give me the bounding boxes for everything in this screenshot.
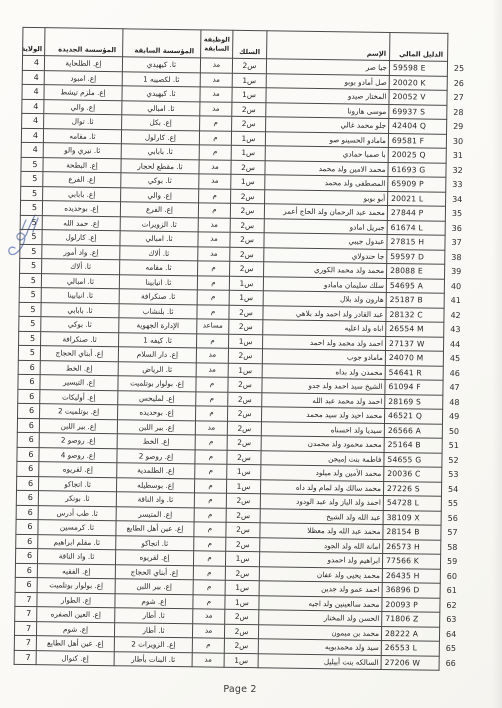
row-number: 29 xyxy=(447,119,474,134)
cell-wilaya: 5 xyxy=(20,215,42,230)
cell-new-school: إع. عين أهل الطايع xyxy=(36,636,114,652)
cell-wilaya: 6 xyxy=(18,389,40,404)
cell-previous-job: م xyxy=(197,275,229,290)
cell-wilaya: 6 xyxy=(17,418,39,433)
cell-financial-id: 28132 C xyxy=(386,307,444,322)
cell-previous-job: م xyxy=(193,565,225,580)
cell-wilaya: 5 xyxy=(19,273,41,288)
cell-new-school: إع. البطحة xyxy=(43,157,121,173)
cell-new-school: إع. التيسير xyxy=(40,375,118,391)
cell-financial-id: 27226 S xyxy=(383,481,441,496)
cell-new-school: ثا. اتجاكو xyxy=(39,476,117,492)
cell-previous-school: إع. بولوار بوتلميت xyxy=(118,376,196,392)
row-number: 64 xyxy=(439,627,466,642)
previous-job-header-line2: السابقة xyxy=(203,44,230,53)
cell-corps: س1 xyxy=(232,73,266,88)
previous-job-header: الوظيفة السابقة xyxy=(201,30,233,58)
cell-corps: س2 xyxy=(229,305,263,320)
table-region: الدليل المالي الإسم السلك الوظيفة السابق… xyxy=(14,27,475,671)
cell-wilaya: 6 xyxy=(18,360,40,375)
row-number: 62 xyxy=(440,598,467,613)
cell-new-school: إع. امبود xyxy=(44,70,122,86)
cell-previous-job: م xyxy=(194,507,226,522)
cell-financial-id: 71806 Z xyxy=(382,611,440,626)
cell-wilaya: 6 xyxy=(15,577,37,592)
row-number: 60 xyxy=(440,569,467,584)
cell-financial-id: 38109 X xyxy=(383,510,441,525)
cell-previous-school: ثا. بلنشاب xyxy=(119,303,197,319)
cell-name: محمد عبد الرحمان ولد الحاج أعمر xyxy=(264,204,387,220)
cell-corps: س1 xyxy=(225,580,259,595)
cell-corps: س2 xyxy=(232,116,266,131)
cell-new-school: إع. الفرع xyxy=(43,172,121,188)
row-number: 56 xyxy=(441,511,468,526)
cell-wilaya: 6 xyxy=(18,403,40,418)
name-header: الإسم xyxy=(267,31,390,61)
cell-financial-id: 69937 S xyxy=(389,104,447,119)
page-number-footer: Page 2 xyxy=(0,684,480,695)
row-number: 36 xyxy=(445,221,472,236)
cell-previous-job: م xyxy=(197,304,229,319)
cell-financial-id: 27206 W xyxy=(381,655,439,670)
cell-previous-school: إع. أبناي الحجاج xyxy=(115,564,193,580)
cell-previous-job: مد xyxy=(192,652,224,667)
cell-financial-id: 28088 E xyxy=(387,263,445,278)
cell-previous-job: م xyxy=(197,290,229,305)
cell-previous-school: ثا. أطار xyxy=(115,608,193,624)
cell-previous-school: إع. بير اللبن xyxy=(117,419,195,435)
corps-header: السلك xyxy=(233,30,267,58)
cell-corps: س1 xyxy=(225,551,259,566)
cell-previous-school: إع. لمليحس xyxy=(118,390,196,406)
cell-wilaya: 6 xyxy=(17,447,39,462)
row-number: 39 xyxy=(444,264,471,279)
cell-previous-school: ثا. لكصيبه 1 xyxy=(122,71,200,87)
cell-previous-school: إع. بكل xyxy=(122,115,200,131)
cell-new-school: إع. واد أمور xyxy=(42,244,120,260)
cell-wilaya: 4 xyxy=(21,142,43,157)
cell-previous-job: م xyxy=(199,145,231,160)
cell-previous-school: إع. لقريوه xyxy=(115,550,193,566)
cell-wilaya: 5 xyxy=(19,287,41,302)
row-number: 34 xyxy=(446,192,473,207)
cell-previous-job: م xyxy=(192,638,224,653)
cell-wilaya: 5 xyxy=(18,345,40,360)
row-number: 65 xyxy=(439,641,466,656)
cell-corps: س2 xyxy=(224,624,258,639)
cell-new-school: ثا. مقلم ابراهيم xyxy=(38,534,116,550)
cell-previous-job: م xyxy=(193,594,225,609)
row-number: 26 xyxy=(447,76,474,91)
cell-new-school: إع. روصو 4 xyxy=(39,447,117,463)
cell-financial-id: 20025 Q xyxy=(388,147,446,162)
row-number: 30 xyxy=(446,134,473,149)
cell-financial-id: 54695 A xyxy=(386,278,444,293)
cell-previous-job: مد xyxy=(200,72,232,87)
cell-previous-job: م xyxy=(197,333,229,348)
cell-previous-job: م xyxy=(196,377,228,392)
cell-new-school: إع. بوتلميت 2 xyxy=(40,404,118,420)
cell-previous-school: ثا. أطار xyxy=(114,622,192,638)
cell-financial-id: 59598 E xyxy=(389,61,447,76)
cell-previous-school: إع. كارلول xyxy=(121,129,199,145)
cell-new-school: إع. بير اللبن xyxy=(39,418,117,434)
cell-new-school: ثا. بوكي xyxy=(41,317,119,333)
cell-previous-school: ثا. انيابينا xyxy=(119,274,197,290)
cell-previous-school: ثا. كيهيدي xyxy=(122,86,200,102)
cell-corps: س2 xyxy=(228,348,262,363)
row-number: 32 xyxy=(446,163,473,178)
cell-wilaya: 6 xyxy=(18,374,40,389)
row-number: 41 xyxy=(444,293,471,308)
cell-financial-id: 28222 A xyxy=(381,626,439,641)
cell-previous-job: م xyxy=(195,435,227,450)
cell-new-school: ثا. كرمسين xyxy=(38,520,116,536)
row-number: 48 xyxy=(443,395,470,410)
cell-financial-id: 25187 B xyxy=(386,292,444,307)
cell-new-school: ثا. بونكر xyxy=(38,491,116,507)
cell-previous-school: إع. الزويرات 2 xyxy=(114,637,192,653)
row-number: 53 xyxy=(442,467,469,482)
cell-new-school: ثا. صنكرافة xyxy=(41,331,119,347)
row-number: 52 xyxy=(442,453,469,468)
cell-wilaya: 5 xyxy=(21,186,43,201)
cell-corps: س2 xyxy=(232,102,266,117)
cell-new-school: إع. ملزم تيشط xyxy=(44,85,122,101)
row-number: 55 xyxy=(441,496,468,511)
cell-new-school: إع. والي xyxy=(44,99,122,115)
cell-wilaya: 5 xyxy=(19,331,41,346)
cell-wilaya: 6 xyxy=(16,519,38,534)
scanned-page: الدليل المالي الإسم السلك الوظيفة السابق… xyxy=(0,0,502,708)
cell-corps: س2 xyxy=(225,566,259,581)
cell-previous-job: م xyxy=(198,261,230,276)
cell-previous-school: ثا. الزويرات xyxy=(120,216,198,232)
cell-new-school: إع. الفقيه xyxy=(37,563,115,579)
cell-previous-job: مد xyxy=(196,348,228,363)
cell-new-school: إع. العين الصفره xyxy=(37,607,115,623)
cell-corps: س1 xyxy=(229,290,263,305)
cell-corps: س2 xyxy=(232,58,266,73)
cell-financial-id: 59597 D xyxy=(387,249,445,264)
cell-previous-school: ثا. واد الناقة xyxy=(116,492,194,508)
cell-wilaya: 5 xyxy=(20,258,42,273)
cell-previous-school: إع. الخط xyxy=(117,434,195,450)
cell-previous-job: م xyxy=(200,116,232,131)
cell-wilaya: 5 xyxy=(20,200,42,215)
cell-corps: س2 xyxy=(228,377,262,392)
cell-name: السالكه بنت أبيليل xyxy=(258,653,381,669)
row-number: 42 xyxy=(444,308,471,323)
cell-wilaya: 6 xyxy=(15,548,37,563)
cell-new-school: إع. شوم xyxy=(36,621,114,637)
scan-edge-shade xyxy=(492,0,502,708)
cell-financial-id: 20036 C xyxy=(384,466,442,481)
row-number: 57 xyxy=(441,525,468,540)
row-number: 63 xyxy=(440,612,467,627)
cell-wilaya: 5 xyxy=(19,302,41,317)
row-number: 25 xyxy=(447,61,474,76)
cell-wilaya: 6 xyxy=(16,505,38,520)
cell-new-school: ثا. واد الناقة xyxy=(37,549,115,565)
cell-financial-id: 27815 H xyxy=(387,234,445,249)
cell-wilaya: 4 xyxy=(22,84,44,99)
cell-financial-id: 28154 B xyxy=(383,524,441,539)
cell-new-school: ثا. مقامه xyxy=(43,128,121,144)
cell-previous-job: مد xyxy=(199,159,231,174)
row-number: 54 xyxy=(441,482,468,497)
cell-corps: س1 xyxy=(227,464,261,479)
cell-financial-id: 61674 L xyxy=(387,220,445,235)
cell-new-school: ثا. توال xyxy=(44,114,122,130)
cell-previous-job: م xyxy=(195,464,227,479)
cell-new-school: إع. لقريوه xyxy=(39,462,117,478)
cell-corps: س2 xyxy=(226,537,260,552)
row-number: 51 xyxy=(442,438,469,453)
cell-previous-school: ثا. ألاك xyxy=(120,245,198,261)
cell-corps: س1 xyxy=(231,131,265,146)
cell-financial-id: 26554 M xyxy=(386,321,444,336)
cell-previous-job: مد xyxy=(196,362,228,377)
cell-wilaya: 5 xyxy=(19,316,41,331)
cell-new-school: ثا. انيابينا xyxy=(41,288,119,304)
cell-previous-job: مد xyxy=(195,420,227,435)
cell-previous-job: مد xyxy=(200,101,232,116)
cell-financial-id: 36896 D xyxy=(382,582,440,597)
cell-previous-job: مد xyxy=(192,623,224,638)
cell-corps: س2 xyxy=(227,435,261,450)
cell-wilaya: 4 xyxy=(22,55,44,70)
cell-financial-id: 61693 G xyxy=(388,162,446,177)
cell-previous-school: إع. والي xyxy=(121,187,199,203)
cell-new-school: إع. كنوال xyxy=(36,650,114,666)
row-number: 44 xyxy=(443,337,470,352)
transfer-table-body: 2559598 Eجيا صرس2مدثا. كيهيديإع. الطلحاي… xyxy=(14,55,474,670)
cell-corps: س1 xyxy=(224,653,258,668)
cell-previous-school: ثا. صنكرافة xyxy=(119,289,197,305)
cell-previous-school: ثا. الرياض xyxy=(118,361,196,377)
row-number: 46 xyxy=(443,366,470,381)
cell-previous-school: ثا. كيفه 1 xyxy=(119,332,197,348)
cell-new-school: إع. روصو 2 xyxy=(39,433,117,449)
cell-previous-school: ثا. اتجاكو xyxy=(116,535,194,551)
cell-new-school: ثا. بابابي xyxy=(41,302,119,318)
cell-previous-job: م xyxy=(199,188,231,203)
cell-previous-school: ثا. امبالي xyxy=(122,100,200,116)
cell-previous-school: إع. بوحديده xyxy=(118,405,196,421)
cell-new-school: ثا. طب أدرس xyxy=(38,505,116,521)
cell-wilaya: 4 xyxy=(22,99,44,114)
row-number: 28 xyxy=(447,105,474,120)
cell-previous-job: م xyxy=(196,391,228,406)
cell-corps: س1 xyxy=(228,363,262,378)
row-number: 50 xyxy=(442,424,469,439)
cell-wilaya: 6 xyxy=(17,432,39,447)
cell-previous-school: إع. بوسطيله xyxy=(116,477,194,493)
cell-previous-job: م xyxy=(194,536,226,551)
cell-new-school: ثا. نيري والو xyxy=(43,143,121,159)
row-number: 33 xyxy=(446,177,473,192)
cell-previous-job: م xyxy=(193,580,225,595)
cell-wilaya: 7 xyxy=(14,621,36,636)
cell-financial-id: 20052 V xyxy=(389,90,447,105)
cell-previous-school: إع. الفرع xyxy=(120,202,198,218)
cell-corps: س2 xyxy=(226,522,260,537)
cell-new-school: إع. أوليكات xyxy=(40,389,118,405)
cell-wilaya: 5 xyxy=(20,244,42,259)
cell-new-school: إع. كارلول xyxy=(42,230,120,246)
cell-financial-id: 42404 Q xyxy=(389,118,447,133)
cell-previous-school: إع. المتيسر xyxy=(116,506,194,522)
cell-financial-id: 26573 H xyxy=(383,539,441,554)
cell-corps: س2 xyxy=(230,203,264,218)
cell-previous-school: إع. دار السلام xyxy=(118,347,196,363)
cell-wilaya: 5 xyxy=(21,157,43,172)
cell-previous-job: م xyxy=(194,478,226,493)
cell-wilaya: 6 xyxy=(16,490,38,505)
cell-wilaya: 4 xyxy=(22,70,44,85)
cell-financial-id: 54728 L xyxy=(383,495,441,510)
cell-financial-id: 46521 Q xyxy=(384,408,442,423)
row-number: 43 xyxy=(444,322,471,337)
row-number: 66 xyxy=(439,656,466,671)
cell-previous-school: ثا. البنات بأطار xyxy=(114,651,192,667)
cell-previous-school: إع. بير اللبن xyxy=(115,579,193,595)
row-number: 27 xyxy=(447,90,474,105)
cell-financial-id: 27844 P xyxy=(387,205,445,220)
previous-job-header-line1: الوظيفة xyxy=(203,35,230,44)
cell-financial-id: 26553 L xyxy=(381,640,439,655)
cell-corps: س2 xyxy=(227,450,261,465)
cell-new-school: إع. حمد الله xyxy=(42,215,120,231)
cell-new-school: إع. بوحديده xyxy=(42,201,120,217)
cell-previous-job: مد xyxy=(198,232,230,247)
cell-previous-job: م xyxy=(195,406,227,421)
cell-previous-school: ثا. امبالي xyxy=(120,231,198,247)
cell-previous-job: م xyxy=(198,203,230,218)
cell-new-school: إع. أبناي الحجاج xyxy=(40,346,118,362)
cell-financial-id: 54655 G xyxy=(384,452,442,467)
cell-corps: س2 xyxy=(224,638,258,653)
cell-financial-id: 20020 K xyxy=(389,75,447,90)
cell-corps: س2 xyxy=(230,247,264,262)
row-number: 38 xyxy=(445,250,472,265)
cell-previous-school: الإدارة الجهوية xyxy=(119,318,197,334)
cell-new-school: إع. الخط xyxy=(40,360,118,376)
row-number: 45 xyxy=(443,351,470,366)
cell-previous-school: إع. عين أهل الطايع xyxy=(116,521,194,537)
cell-previous-job: مد xyxy=(198,217,230,232)
cell-new-school: ثا. ألاك xyxy=(42,259,120,275)
cell-new-school: إع. بولوار بوتلميت xyxy=(37,578,115,594)
cell-previous-job: مد xyxy=(198,246,230,261)
cell-wilaya: 4 xyxy=(21,128,43,143)
cell-corps: س1 xyxy=(226,479,260,494)
row-number-header xyxy=(448,33,475,61)
cell-previous-job: مد xyxy=(200,87,232,102)
row-number: 35 xyxy=(445,206,472,221)
cell-corps: س2 xyxy=(227,406,261,421)
cell-new-school: إع. بابابي xyxy=(43,186,121,202)
cell-wilaya: 6 xyxy=(15,563,37,578)
cell-previous-job: م xyxy=(194,493,226,508)
cell-corps: س2 xyxy=(228,392,262,407)
cell-corps: س2 xyxy=(230,261,264,276)
cell-previous-school: إع. شوم xyxy=(115,593,193,609)
cell-corps: س2 xyxy=(227,421,261,436)
cell-new-school: إع. الطوار xyxy=(37,592,115,608)
cell-financial-id: 77566 K xyxy=(382,553,440,568)
cell-corps: س2 xyxy=(229,319,263,334)
previous-school-header: المؤسسة السابقة xyxy=(123,29,201,58)
cell-previous-job: مد xyxy=(193,609,225,624)
cell-previous-school: إع. الطلمدية xyxy=(117,463,195,479)
cell-previous-school: ثا. بابابي xyxy=(121,144,199,160)
row-number: 59 xyxy=(440,554,467,569)
cell-corps: س1 xyxy=(229,276,263,291)
cell-previous-school: ثا. كيهيدي xyxy=(122,57,200,73)
cell-wilaya: 6 xyxy=(17,476,39,491)
cell-corps: س1 xyxy=(231,145,265,160)
cell-financial-id: 26435 H xyxy=(382,568,440,583)
cell-corps: س2 xyxy=(231,160,265,175)
wilaya-header: الولاية xyxy=(23,27,45,55)
cell-previous-job: مساعد xyxy=(197,319,229,334)
cell-corps: س2 xyxy=(231,189,265,204)
cell-wilaya: 7 xyxy=(15,592,37,607)
row-number: 37 xyxy=(445,235,472,250)
cell-wilaya: 7 xyxy=(15,606,37,621)
row-number: 49 xyxy=(442,409,469,424)
cell-wilaya: 5 xyxy=(21,171,43,186)
row-number: 47 xyxy=(443,380,470,395)
cell-previous-job: م xyxy=(194,522,226,537)
row-number: 31 xyxy=(446,148,473,163)
cell-wilaya: 5 xyxy=(20,229,42,244)
cell-corps: س1 xyxy=(229,334,263,349)
cell-previous-school: إع. روصو 2 xyxy=(117,448,195,464)
row-number: 61 xyxy=(440,583,467,598)
cell-previous-job: م xyxy=(199,130,231,145)
cell-financial-id: 20093 P xyxy=(382,597,440,612)
cell-financial-id: 54641 R xyxy=(385,365,443,380)
cell-previous-school: ثا. بوكي xyxy=(121,173,199,189)
cell-financial-id: 69581 F xyxy=(388,133,446,148)
cell-financial-id: 61094 F xyxy=(385,379,443,394)
cell-previous-job: م xyxy=(195,449,227,464)
cell-financial-id: 20021 L xyxy=(388,191,446,206)
cell-financial-id: 28169 S xyxy=(385,394,443,409)
cell-corps: س2 xyxy=(226,493,260,508)
cell-wilaya: 7 xyxy=(14,635,36,650)
new-school-header: المؤسسة الجديدة xyxy=(45,28,123,57)
cell-wilaya: 7 xyxy=(14,650,36,665)
cell-wilaya: 6 xyxy=(17,461,39,476)
cell-corps: س1 xyxy=(232,87,266,102)
row-number: 40 xyxy=(444,279,471,294)
cell-financial-id: 26566 A xyxy=(384,423,442,438)
row-number: 58 xyxy=(441,540,468,555)
cell-previous-job: مد xyxy=(199,174,231,189)
cell-financial-id: 25164 B xyxy=(384,437,442,452)
financial-id-header: الدليل المالي xyxy=(390,33,448,62)
cell-corps: س1 xyxy=(225,595,259,610)
cell-previous-school: ثا. مقامه xyxy=(120,260,198,276)
cell-new-school: إع. الطلحاية xyxy=(44,56,122,72)
transfer-table: الدليل المالي الإسم السلك الوظيفة السابق… xyxy=(14,27,475,671)
cell-previous-school: ثا. مقطع لحجار xyxy=(121,158,199,174)
cell-wilaya: 4 xyxy=(22,113,44,128)
